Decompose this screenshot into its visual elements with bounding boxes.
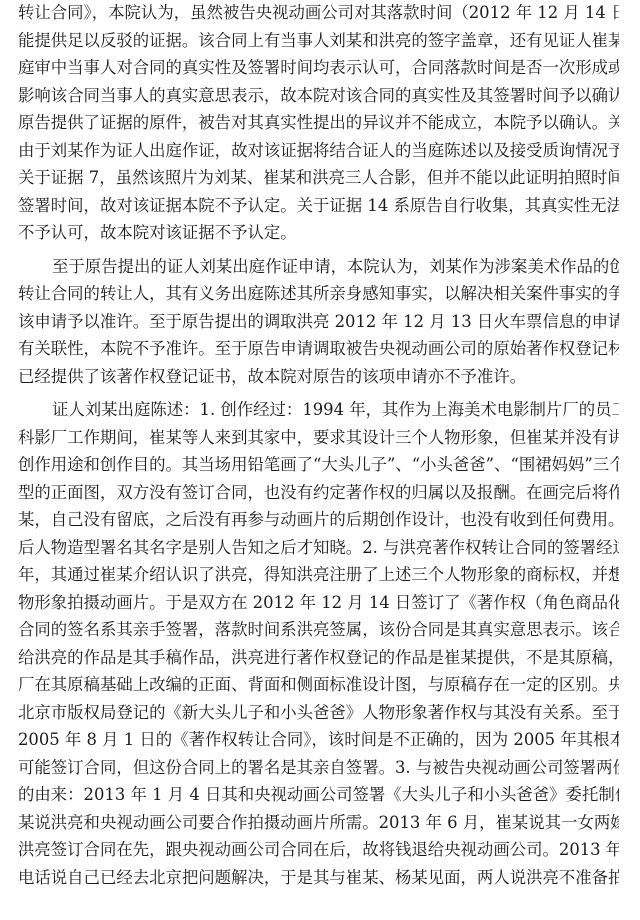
- text-line: 创作用途和创作目的。其当场用铅笔画了“大头儿子”、“小头爸爸”、“围裙妈妈”三个…: [18, 451, 619, 479]
- text-line: 可能签订合同，但这份合同上的署名是其亲自签署。3. 与被告央视动画公司签署两份协…: [18, 754, 619, 782]
- text-line: 某，自己没有留底，之后没有再参与动画片的后期创作设计，也没有收到任何费用。95 …: [18, 506, 619, 534]
- paragraph-evidence-analysis: 转让合同》，本院认为，虽然被告央视动画公司对其落款时间（2012 年 12 月 …: [18, 0, 619, 247]
- text-line: 签署时间，故对该证据本院不予认定。关于证据 14 系原告自行收集，其真实性无法判…: [18, 192, 619, 220]
- text-line: 北京市版权局登记的《新大头儿子和小头爸爸》人物形象著作权与其没有关系。至于落款时…: [18, 699, 619, 727]
- text-line: 洪亮签订合同在先，跟央视动画公司合同在后，故将钱退给央视动画公司。2013 年 …: [18, 836, 619, 864]
- text-line: 有关联性，本院不予准许。至于原告申请调取被告央视动画公司的原始著作权登记材料，由…: [18, 335, 619, 363]
- text-line: 后人物造型署名其名字是别人告知之后才知晓。2. 与洪亮著作权转让合同的签署经过及…: [18, 534, 619, 562]
- text-line: 某说洪亮和央视动画公司要合作拍摄动画片所需。2013 年 6 月，崔某说其一女两…: [18, 809, 619, 837]
- document-body: 转让合同》，本院认为，虽然被告央视动画公司对其落款时间（2012 年 12 月 …: [18, 0, 619, 897]
- text-line: 科影厂工作期间，崔某等人来到其家中，要求其设计三个人物形象，但崔某并没有讲述为谁…: [18, 424, 619, 452]
- paragraph-witness-statement: 证人刘某出庭陈述：1. 创作经过：1994 年，其作为上海美术电影制片厂的员工被…: [18, 396, 619, 891]
- text-line: 转让合同》，本院认为，虽然被告央视动画公司对其落款时间（2012 年 12 月 …: [18, 0, 619, 27]
- text-line: 关于证据 7，虽然该照片为刘某、崔某和洪亮三人合影，但并不能以此证明拍照时间即为…: [18, 164, 619, 192]
- text-line: 不予认可，故本院对该证据不予认定。: [18, 219, 619, 247]
- text-line: 给洪亮的作品是其手稿作品，洪亮进行著作权登记的作品是崔某提供，不是其原稿，而是上…: [18, 644, 619, 672]
- text-line: 物形象拍摄动画片。于是双方在 2012 年 12 月 14 日签订了《著作权（角…: [18, 589, 619, 617]
- text-line: 至于原告提出的证人刘某出庭作证申请，本院认为，刘某作为涉案美术作品的创作人、著作…: [18, 253, 619, 281]
- text-line: 年，其通过崔某介绍认识了洪亮，得知洪亮注册了上述三个人物形象的商标权，并想利用这…: [18, 561, 619, 589]
- text-line: 合同的签名系其亲手签署，落款时间系洪亮签属，该份合同是其真实意思表示。该合同中约…: [18, 616, 619, 644]
- text-line: 证人刘某出庭陈述：1. 创作经过：1994 年，其作为上海美术电影制片厂的员工被…: [18, 396, 619, 424]
- text-line: 的由来：2013 年 1 月 4 日其和央视动画公司签署《大头儿子和小头爸爸》委…: [18, 781, 619, 809]
- paragraph-witness-application: 至于原告提出的证人刘某出庭作证申请，本院认为，刘某作为涉案美术作品的创作人、著作…: [18, 253, 619, 391]
- text-line: 该申请予以准许。至于原告提出的调取洪亮 2012 年 12 月 13 日火车票信…: [18, 308, 619, 336]
- text-line: 原告提供了证据的原件，被告对其真实性提出的异议并不能成立，本院予以确认。关于证据…: [18, 109, 619, 137]
- text-line: 型的正面图，双方没有签订合同，也没有约定著作权的归属以及报酬。在画完后将作品原稿…: [18, 479, 619, 507]
- text-line: 已经提供了该著作权登记证书，故本院对原告的该项申请亦不予准许。: [18, 363, 619, 391]
- text-line: 庭审中当事人对合同的真实性及签署时间均表示认可，合同落款时间是否一次形成或一人书…: [18, 54, 619, 82]
- text-line: 由于刘某作为证人出庭作证，故对该证据将结合证人的当庭陈述以及接受质询情况予以综合…: [18, 137, 619, 165]
- text-line: 厂在其原稿基础上改编的正面、背面和侧面标准设计图，与原稿存在一定的区别。央视动画…: [18, 671, 619, 699]
- text-line: 转让合同的转让人，其有义务出庭陈述其所亲身感知事实，以解决相关案件事实的争议，故…: [18, 280, 619, 308]
- text-line: 2005 年 8 月 1 日的《著作权转让合同》，该时间是不正确的，因为 200…: [18, 726, 619, 754]
- text-line: 能提供足以反驳的证据。该合同上有当事人刘某和洪亮的签字盖章，还有见证人崔某的签字…: [18, 27, 619, 55]
- text-line: 电话说自己已经去北京把问题解决，于是其与崔某、杨某见面，两人说洪亮不准备拍电影和…: [18, 864, 619, 892]
- text-line: 影响该合同当事人的真实意思表示，故本院对该合同的真实性及其签署时间予以确认。关于…: [18, 82, 619, 110]
